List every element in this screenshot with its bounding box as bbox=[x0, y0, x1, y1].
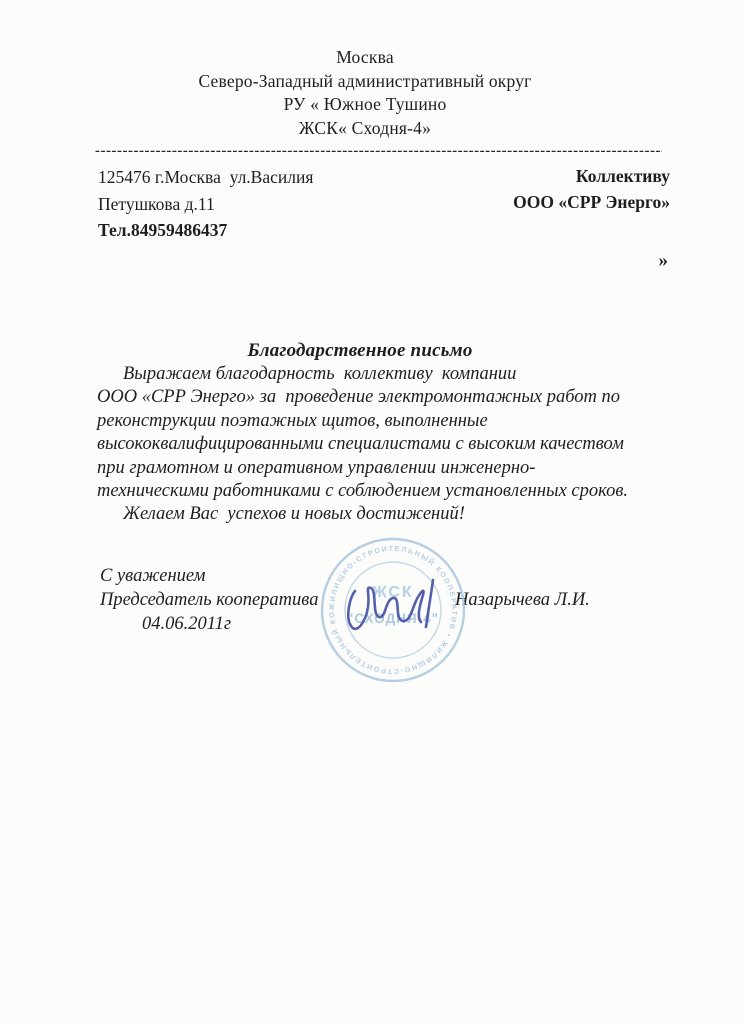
sender-address-line1: 125476 г.Москва ул.Василия bbox=[98, 164, 428, 191]
recipient-block: Коллективу ООО «СРР Энерго» bbox=[380, 164, 670, 215]
letter-body: Выражаем благодарность коллективу компан… bbox=[97, 363, 687, 527]
scanned-letter-page: Москва Северо-Западный административный … bbox=[0, 0, 744, 1024]
letterhead-cooperative: ЖСК« Сходня-4» bbox=[0, 117, 730, 141]
sender-address-block: 125476 г.Москва ул.Василия Петушкова д.1… bbox=[98, 164, 428, 244]
body-line: ООО «СРР Энерго» за проведение электромо… bbox=[97, 386, 687, 409]
letterhead-city: Москва bbox=[0, 46, 730, 70]
stamp-outer-ring bbox=[322, 539, 464, 681]
recipient-line2: ООО «СРР Энерго» bbox=[380, 190, 670, 216]
letterhead-authority: РУ « Южное Тушино bbox=[0, 93, 730, 117]
letter-title: Благодарственное письмо bbox=[20, 340, 700, 362]
sender-address-line2: Петушкова д.11 bbox=[98, 191, 428, 218]
official-stamp: ЖИЛИЩНО-СТРОИТЕЛЬНЫЙ КООПЕРАТИВ • ЖИЛИЩН… bbox=[308, 525, 478, 695]
body-line: техническими работниками с соблюдением у… bbox=[97, 480, 687, 503]
signoff-role: Председатель кооператива bbox=[100, 590, 318, 611]
letterhead: Москва Северо-Западный административный … bbox=[0, 46, 730, 140]
stamp-svg: ЖИЛИЩНО-СТРОИТЕЛЬНЫЙ КООПЕРАТИВ • ЖИЛИЩН… bbox=[308, 525, 478, 695]
signoff-date: 04.06.2011г bbox=[142, 614, 231, 635]
dashed-divider: ----------------------------------------… bbox=[95, 143, 662, 159]
recipient-closing-quote: » bbox=[659, 250, 669, 272]
body-line: при грамотном и оперативном управлении и… bbox=[97, 457, 687, 480]
recipient-line1: Коллективу bbox=[380, 164, 670, 190]
signoff-regards: С уважением bbox=[100, 566, 206, 587]
body-line: высококвалифицированными специалистами с… bbox=[97, 433, 687, 456]
body-line: Желаем Вас успехов и новых достижений! bbox=[97, 503, 687, 526]
sender-phone: Тел.84959486437 bbox=[98, 217, 428, 244]
stamp-inner-ring bbox=[345, 562, 441, 658]
letterhead-district: Северо-Западный административный округ bbox=[0, 70, 730, 94]
body-line: Выражаем благодарность коллективу компан… bbox=[97, 363, 687, 386]
body-line: реконструкции поэтажных щитов, выполненн… bbox=[97, 410, 687, 433]
